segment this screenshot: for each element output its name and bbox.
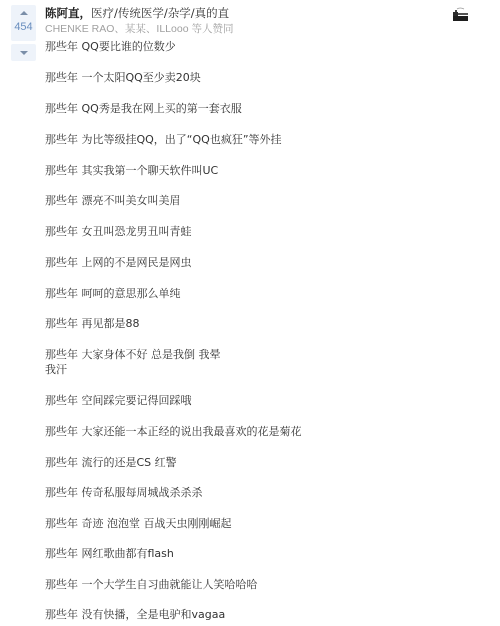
content-line: 那些年 传奇私服每周城战杀杀杀 xyxy=(45,485,203,500)
content-line: 那些年 网红歌曲都有flash xyxy=(45,546,174,561)
author-separator: ， xyxy=(80,6,92,20)
vote-count: 454 xyxy=(14,21,32,33)
content-line: 那些年 一个大学生自习曲就能让人笑哈哈哈 xyxy=(45,577,258,592)
content-line: 我汗 xyxy=(45,362,67,377)
content-line: 那些年 QQ秀是我在网上买的第一套衣服 xyxy=(45,101,242,116)
content-line: 那些年 空间踩完要记得回踩哦 xyxy=(45,393,192,408)
voters-list[interactable]: CHENKE RAO、某某、ILLooo 等人赞同 xyxy=(45,22,233,36)
author-name[interactable]: 陈阿直 xyxy=(45,6,80,20)
arrow-up-icon xyxy=(20,11,28,15)
content-line: 那些年 流行的还是CS 红警 xyxy=(45,455,177,470)
content-line: 那些年 其实我第一个聊天软件叫UC xyxy=(45,163,218,178)
content-line: 那些年 大家身体不好 总是我倒 我晕 xyxy=(45,347,221,362)
content-line: 那些年 大家还能一本正经的说出我最喜欢的花是菊花 xyxy=(45,424,302,439)
content-line: 那些年 为比等级挂QQ，出了“QQ也疯狂”等外挂 xyxy=(45,132,282,147)
content-line: 那些年 没有快播，全是电驴和vagaa xyxy=(45,607,225,622)
content-line: 那些年 呵呵的意思那么单纯 xyxy=(45,286,181,301)
upvote-button[interactable]: 454 xyxy=(11,5,36,41)
content-line: 那些年 奇迹 泡泡堂 百战天虫刚刚崛起 xyxy=(45,516,232,531)
laptop-icon xyxy=(452,6,470,22)
content-line: 那些年 上网的不是网民是网虫 xyxy=(45,255,192,270)
content-line: 那些年 女丑叫恐龙男丑叫青蛙 xyxy=(45,224,192,239)
author-info: 陈阿直，医疗/传统医学/杂学/真的直 xyxy=(45,6,229,21)
content-line: 那些年 一个太阳QQ至少卖20块 xyxy=(45,70,201,85)
author-bio: 医疗/传统医学/杂学/真的直 xyxy=(91,6,229,20)
vote-column: 454 xyxy=(11,5,36,61)
content-line: 那些年 QQ要比谁的位数少 xyxy=(45,39,176,54)
downvote-button[interactable] xyxy=(11,44,36,61)
content-line: 那些年 再见都是88 xyxy=(45,316,140,331)
content-line: 那些年 漂亮不叫美女叫美眉 xyxy=(45,193,181,208)
arrow-down-icon xyxy=(20,51,28,55)
